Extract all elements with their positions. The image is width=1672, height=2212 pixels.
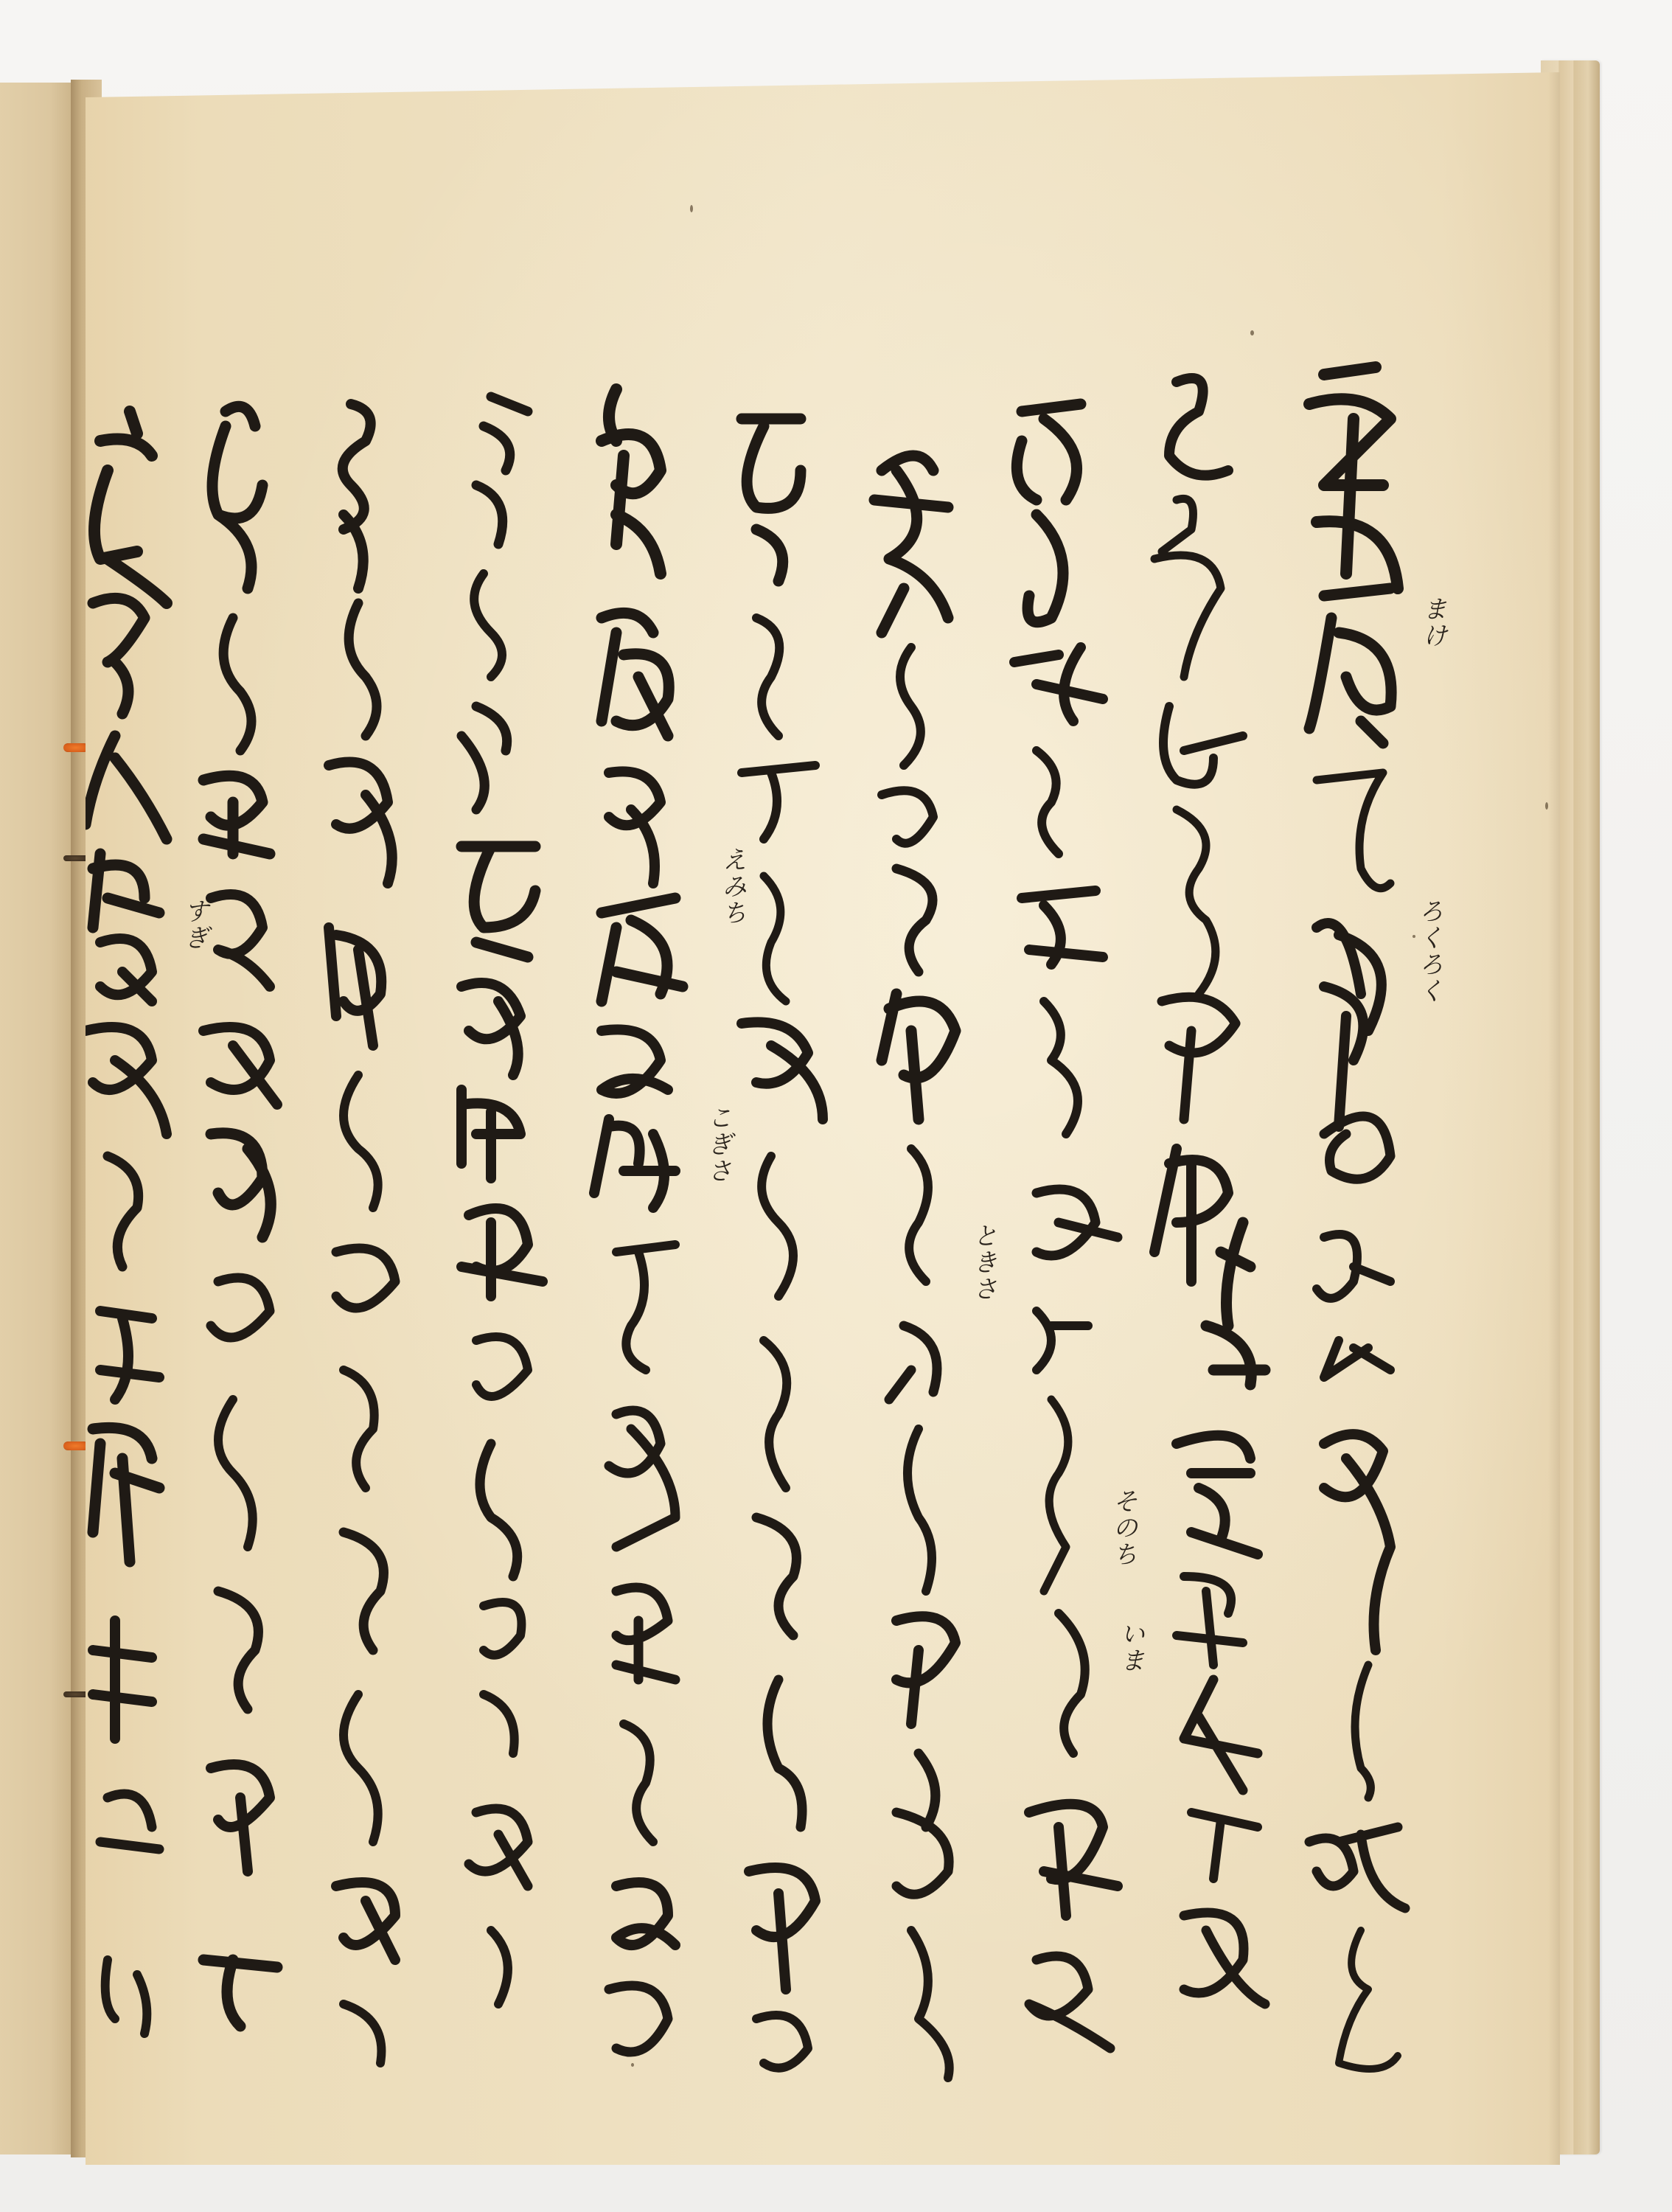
calligraphy-strokes — [992, 72, 1140, 2137]
furigana-kogisa: こぎさ — [705, 1105, 730, 1184]
furigana-emichi: えみち — [720, 846, 745, 926]
text-columns: まけ ろくろく そのち — [86, 72, 1560, 2165]
book-photograph: まけ ろくろく そのち — [0, 0, 1672, 2212]
furigana-sugi: すぎ — [181, 898, 206, 951]
orange-stitch-lower — [63, 1441, 88, 1450]
furigana-rokuroku: ろくろく — [1416, 898, 1441, 1004]
manuscript-page: まけ ろくろく そのち — [86, 72, 1560, 2165]
calligraphy-strokes — [1132, 72, 1280, 2137]
dark-stitch-middle — [63, 855, 88, 861]
calligraphy-strokes — [712, 72, 860, 2137]
furigana-make: まけ — [1420, 596, 1445, 649]
calligraphy-strokes — [1295, 72, 1427, 2137]
calligraphy-strokes — [432, 72, 579, 2137]
calligraphy-strokes — [852, 72, 1000, 2137]
dark-stitch-bottom — [63, 1691, 88, 1697]
orange-stitch-upper — [63, 743, 88, 752]
furigana-tokisa: ときさ — [970, 1222, 995, 1302]
previous-page-edge — [0, 83, 72, 2154]
calligraphy-strokes — [299, 72, 447, 2137]
